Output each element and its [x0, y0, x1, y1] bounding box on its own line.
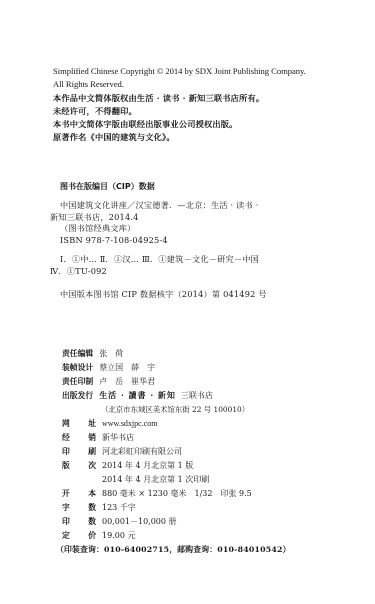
- imprint-value: 123 千字: [102, 502, 136, 513]
- cip-entry-line-1: 中国建筑文化讲座／汉宝德著．—北京：生活 · 读书 ·: [60, 200, 259, 211]
- cip-series: （图书馆经典文库）: [60, 223, 136, 234]
- imprint-label: 经销: [62, 432, 96, 443]
- cip-entry-line-2: 新知三联书店，2014.4: [50, 212, 139, 223]
- imprint-row-distributor: 经销 新华书店: [62, 432, 134, 443]
- imprint-row-printing: 2014 年 4 月北京第 1 次印刷: [102, 474, 209, 485]
- cip-subjects-line-1: Ⅰ．①中… Ⅱ．①汉… Ⅲ．①建筑－文化－研究－中国: [60, 254, 259, 265]
- cip-isbn: ISBN 978-7-108-04925-4: [60, 235, 168, 245]
- imprint-row-word-count: 字数 123 千字: [62, 502, 136, 513]
- imprint-row-cover-design: 装帧设计 蔡立国 薛 宇: [62, 362, 155, 373]
- imprint-label: 责任印制: [62, 376, 93, 387]
- copyright-line-no-reprint: 未经许可，不得翻印。: [53, 106, 137, 117]
- imprint-label: 定价: [62, 530, 96, 541]
- website-link[interactable]: www.sdxjpc.com: [102, 419, 157, 428]
- imprint-value: 2014 年 4 月北京第 1 版: [102, 460, 193, 471]
- imprint-row-editor: 责任编辑 张 荷: [62, 348, 123, 359]
- imprint-value: 19.00 元: [102, 530, 135, 541]
- imprint-row-price: 定价 19.00 元: [62, 530, 135, 541]
- imprint-value: 新华书店: [102, 432, 134, 443]
- imprint-label: 印数: [62, 516, 96, 527]
- copyright-line-ownership: 本作品中文简体版权由生活 · 读书 · 新知三联书店所有。: [53, 93, 264, 104]
- imprint-row-format: 开本 880 毫米 × 1230 毫米 1/32 印张 9.5: [62, 488, 252, 499]
- imprint-row-address: （北京市东城区美术馆东街 22 号 100010）: [101, 404, 249, 415]
- cip-subjects-line-2: Ⅳ．①TU-092: [50, 266, 107, 277]
- imprint-value: 880 毫米 × 1230 毫米 1/32 印张 9.5: [102, 488, 252, 499]
- imprint-value: 00,001－10,000 册: [102, 516, 177, 527]
- cip-record-number: 中国版本图书馆 CIP 数据核字（2014）第 041492 号: [60, 289, 267, 300]
- imprint-row-print-run: 印数 00,001－10,000 册: [62, 516, 177, 527]
- copyright-line-license: 本书中文简体字版由联经出版事业公司授权出版。: [53, 119, 238, 130]
- imprint-label: 版次: [62, 460, 96, 471]
- imprint-value: 张 荷: [99, 348, 123, 359]
- imprint-row-publisher: 出版发行 生活 · 讀書 · 新知 三联书店: [62, 390, 213, 401]
- imprint-value: 河北彩虹印刷有限公司: [102, 446, 182, 457]
- imprint-row-website: 网址 www.sdxjpc.com: [62, 418, 157, 429]
- cip-heading: 图书在版编目（CIP）数据: [60, 181, 155, 192]
- imprint-value: 卢 岳 崔华君: [99, 376, 155, 387]
- copyright-line-english: Simplified Chinese Copyright © 2014 by S…: [53, 66, 306, 76]
- imprint-label: 责任编辑: [62, 348, 93, 359]
- copyright-line-original-title: 原著作名《中国的建筑与文化》。: [53, 132, 175, 143]
- imprint-row-printer: 印刷 河北彩虹印刷有限公司: [62, 446, 182, 457]
- imprint-value: 2014 年 4 月北京第 1 次印刷: [102, 474, 209, 485]
- imprint-label: 出版发行: [62, 390, 93, 401]
- inquiry-phone-numbers: （印装查询：010-64002715，邮购查询：010-84010542）: [56, 544, 291, 555]
- imprint-label: 装帧设计: [62, 362, 93, 373]
- imprint-value: 三联书店: [181, 390, 213, 401]
- publisher-address: （北京市东城区美术馆东街 22 号 100010）: [101, 404, 249, 415]
- imprint-label: 网址: [62, 418, 96, 429]
- imprint-label: 印刷: [62, 446, 96, 457]
- imprint-label: 开本: [62, 488, 96, 499]
- imprint-label: 字数: [62, 502, 96, 513]
- publisher-brand-logo: 生活 · 讀書 · 新知: [99, 390, 176, 401]
- copyright-line-rights: All Rights Reserved.: [53, 79, 124, 89]
- imprint-row-edition: 版次 2014 年 4 月北京第 1 版: [62, 460, 193, 471]
- imprint-value: 蔡立国 薛 宇: [99, 362, 155, 373]
- imprint-row-production: 责任印制 卢 岳 崔华君: [62, 376, 155, 387]
